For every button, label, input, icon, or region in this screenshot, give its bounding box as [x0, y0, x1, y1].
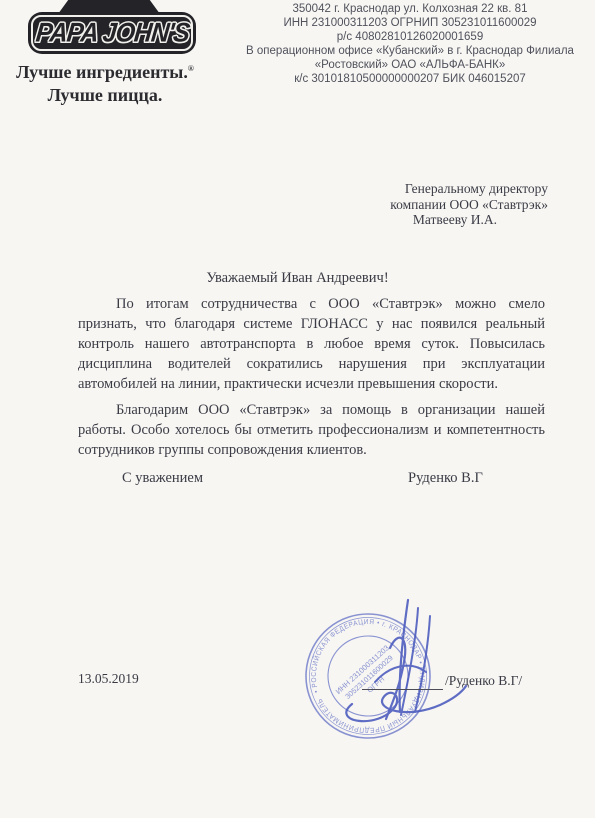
requisites-line: к/с 30101810500000000207 БИК 046015207: [225, 72, 595, 86]
handwritten-signature: [290, 586, 490, 736]
scanned-letter-page: PAPA JOHN'S Лучше ингредиенты.® Лучше пи…: [0, 0, 595, 818]
registered-mark: ®: [188, 64, 194, 73]
addressee-block: Генеральному директору компании ООО «Ста…: [330, 181, 548, 228]
requisites-line: ИНН 231000311203 ОГРНИП 305231011600029: [225, 16, 595, 30]
requisites-line: р/с 40802810126020001659: [225, 30, 595, 44]
paragraph-2: Благодарим ООО «Ставтрэк» за помощь в ор…: [78, 400, 545, 460]
salutation: Уважаемый Иван Андреевич!: [0, 270, 595, 287]
requisites-line: В операционном офисе «Кубанский» в г. Кр…: [225, 44, 595, 58]
addressee-line: компании ООО «Ставтрэк»: [330, 197, 548, 213]
requisites-line: «Ростовский» ОАО «АЛЬФА-БАНК»: [225, 58, 595, 72]
logo-badge-border: PAPA JOHN'S: [31, 15, 193, 51]
addressee-line: Генеральному директору: [330, 181, 548, 197]
signature-caption: /Руденко В.Г/: [445, 672, 522, 690]
signer-name: Руденко В.Г: [408, 470, 483, 487]
company-requisites: 350042 г. Краснодар ул. Колхозная 22 кв.…: [225, 2, 595, 87]
signoff-row: С уважением Руденко В.Г: [78, 470, 545, 490]
addressee-line: Матвееву И.А.: [330, 212, 548, 228]
logo-badge: PAPA JOHN'S: [28, 12, 196, 54]
letter-date: 13.05.2019: [78, 671, 139, 687]
closing-phrase: С уважением: [122, 470, 203, 487]
signature-line: [362, 672, 443, 690]
logo-tagline: Лучше ингредиенты.® Лучше пицца.: [10, 58, 200, 106]
letter-body: По итогам сотрудничества с ООО «Ставтрэк…: [78, 294, 545, 460]
tagline-line2: Лучше пицца.: [10, 84, 200, 107]
tagline-line1: Лучше ингредиенты.®: [10, 58, 200, 84]
signature-caption-row: /Руденко В.Г/: [362, 672, 522, 690]
brand-name: PAPA JOHN'S: [34, 17, 190, 48]
requisites-line: 350042 г. Краснодар ул. Колхозная 22 кв.…: [225, 2, 595, 16]
paragraph-1: По итогам сотрудничества с ООО «Ставтрэк…: [78, 294, 545, 394]
